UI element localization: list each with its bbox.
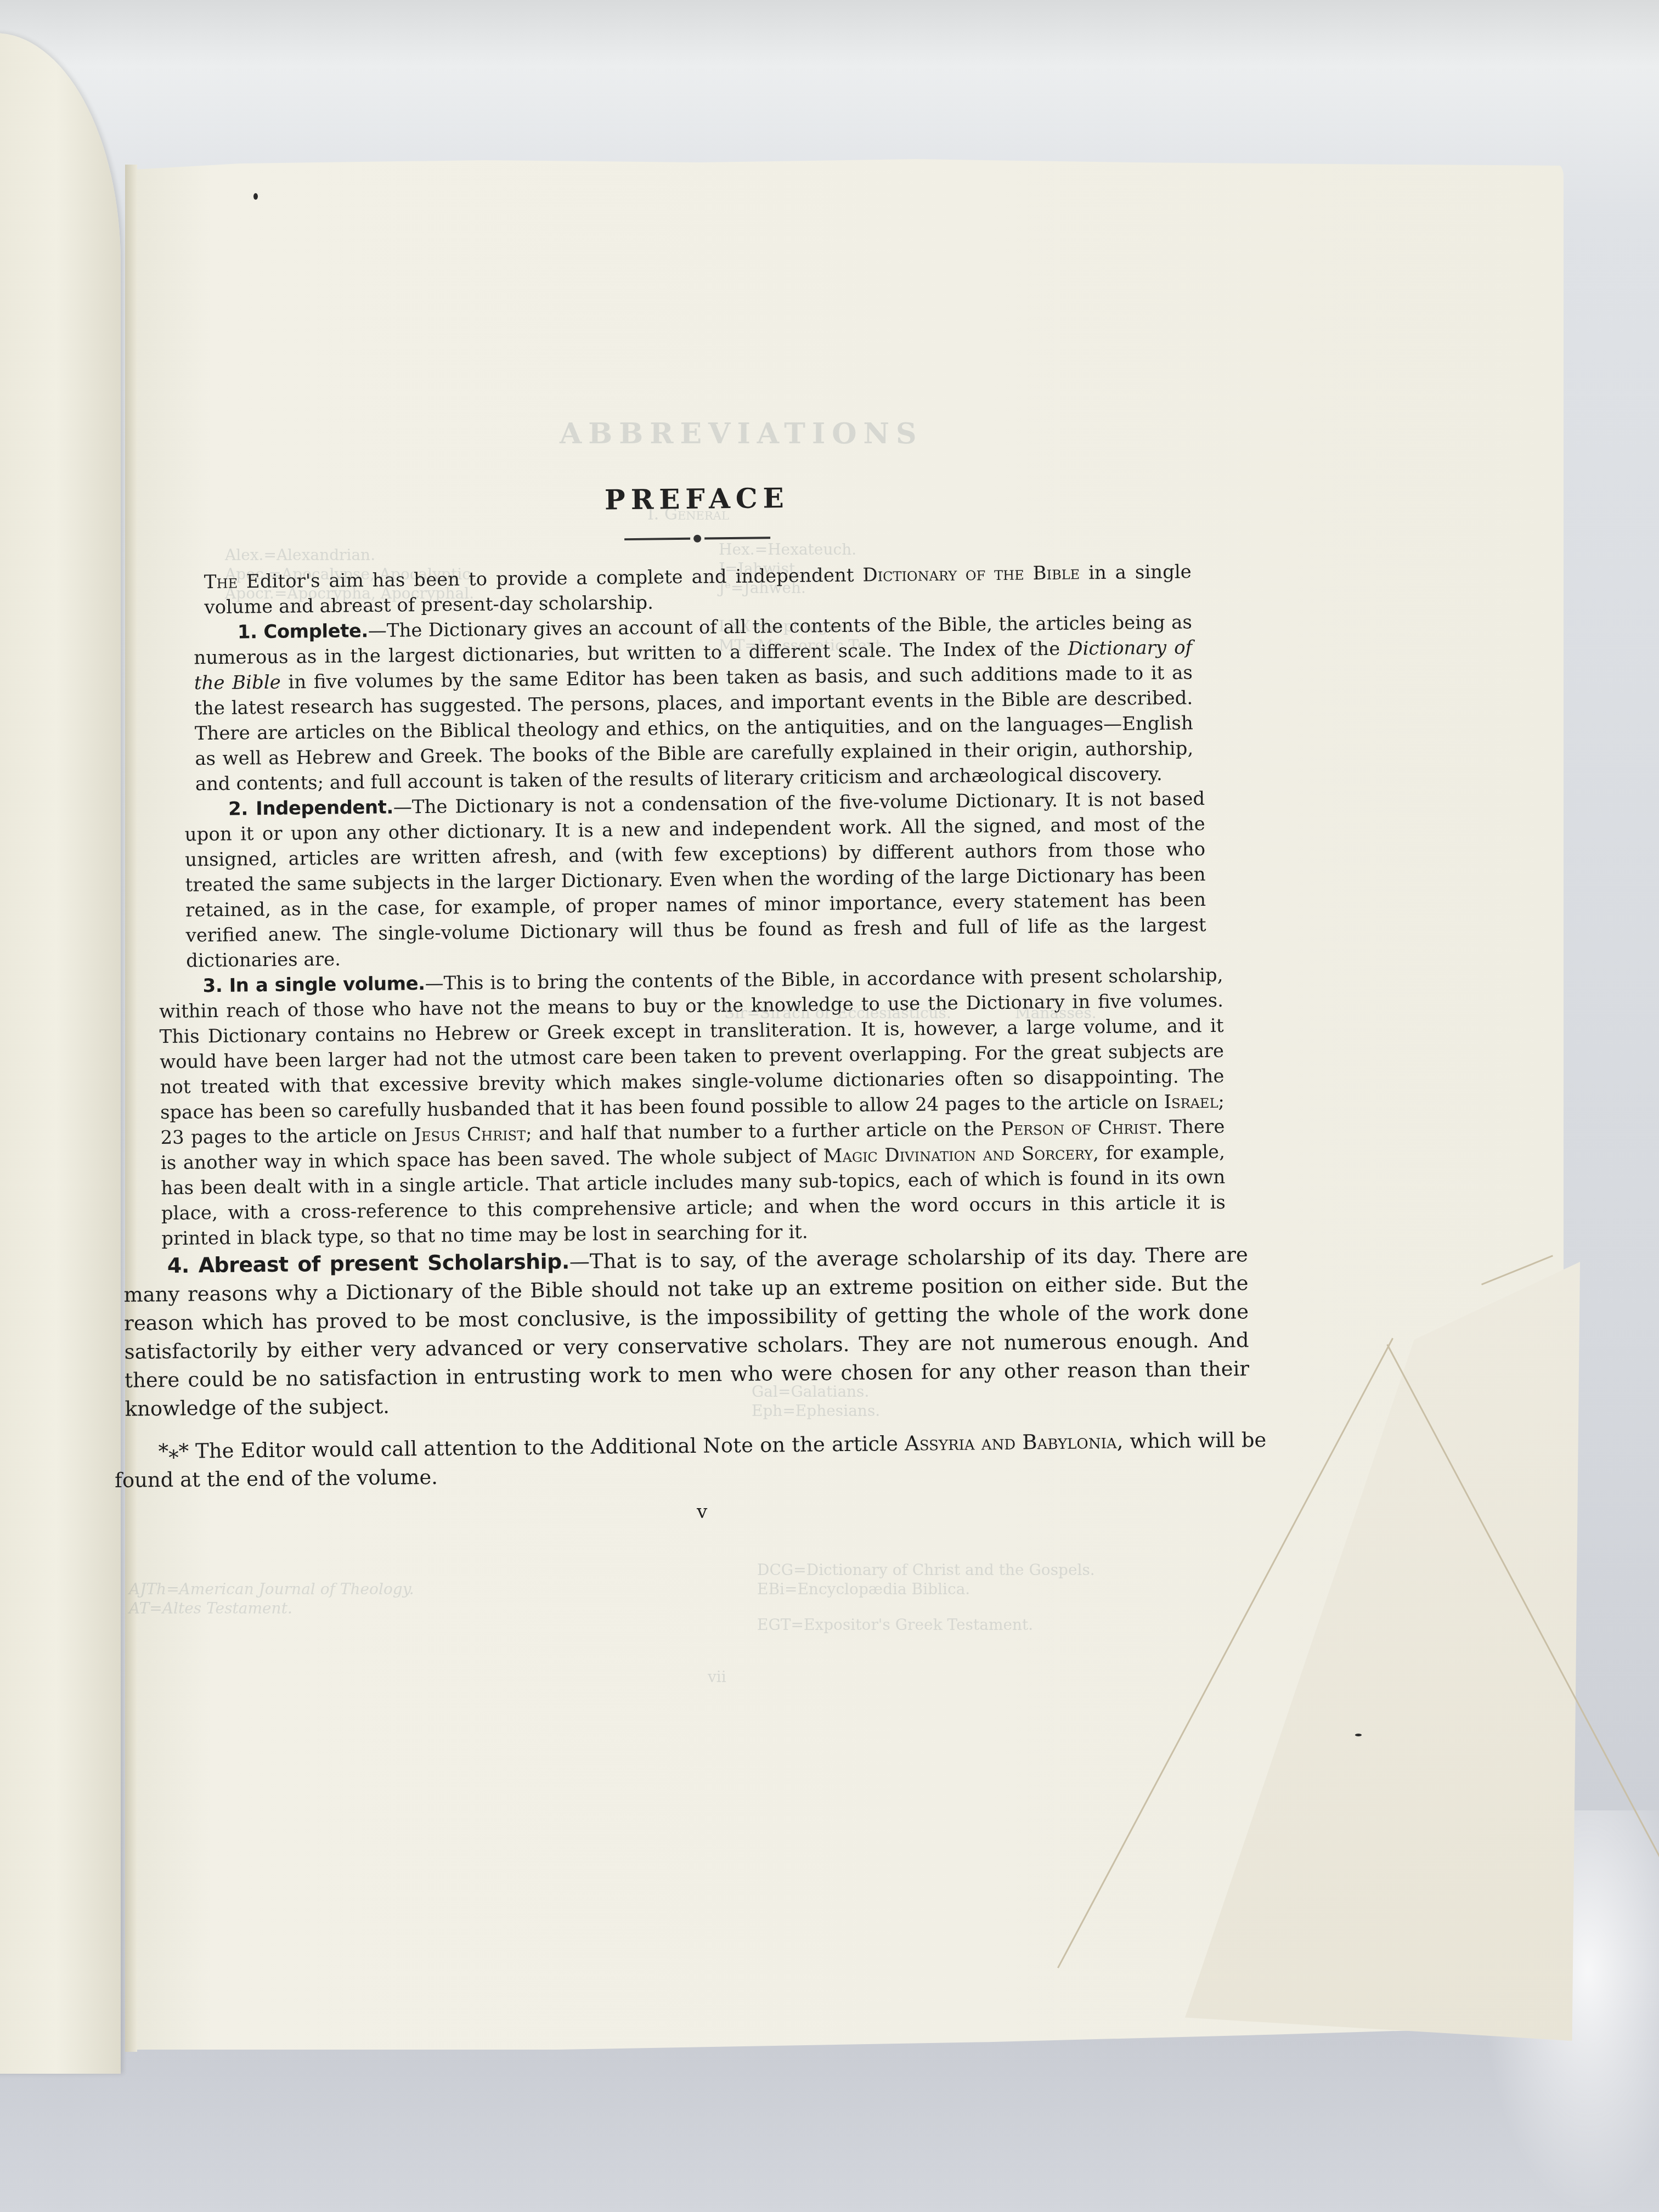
article-ref-person-of-christ: Person of Christ (1001, 1116, 1156, 1140)
ink-speck (253, 193, 258, 200)
section-independent: 2. Independent.—The Dictionary is not a … (108, 786, 1261, 974)
editor-note: *⁎* The Editor would call attention to t… (114, 1426, 1267, 1495)
ghost-entry: EBi=Encyclopædia Biblica. (757, 1580, 970, 1598)
intro-lead: The (204, 571, 238, 594)
ornament-rule-left (624, 538, 690, 540)
section-heading: 3. In a single volume. (202, 973, 425, 997)
ornament-dot-icon (693, 535, 701, 543)
article-ref-magic: Magic Divination and Sorcery (823, 1142, 1093, 1167)
section-heading: 4. Abreast of present Scholarship. (167, 1249, 569, 1278)
preface-content: PREFACE The Editor's aim has been to pro… (104, 477, 1267, 1529)
ghost-entry: AJTh=American Journal of Theology. (129, 1580, 414, 1598)
ink-speck (1355, 1734, 1362, 1736)
section-single-volume: 3. In a single volume.—This is to bring … (109, 962, 1264, 1252)
article-ref-israel: Israel (1164, 1091, 1218, 1113)
ghost-title: ABBREVIATIONS (560, 417, 923, 450)
section-heading: 1. Complete. (238, 620, 368, 643)
section-scholarship: 4. Abreast of present Scholarship.—That … (112, 1240, 1266, 1424)
section-text: in five volumes by the same Editor has b… (194, 662, 1193, 795)
ghost-folio: vii (708, 1668, 726, 1686)
previous-page-curl (0, 33, 121, 2074)
section-heading: 2. Independent. (228, 797, 393, 820)
ghost-entry: EGT=Expositor's Greek Testament. (757, 1616, 1033, 1634)
dictionary-title: Dictionary of the Bible (862, 562, 1080, 586)
section-complete: 1. Complete.—The Dictionary gives an acc… (106, 609, 1260, 798)
note-text: The Editor would call attention to the A… (189, 1432, 905, 1463)
ghost-entry: AT=Altes Testament. (129, 1599, 292, 1617)
intro-text: Editor's aim has been to provide a compl… (238, 565, 863, 593)
title-ornament (138, 529, 1257, 548)
ghost-entry: DCG=Dictionary of Christ and the Gospels… (757, 1561, 1095, 1579)
asterism-icon: *⁎* (158, 1440, 189, 1464)
ornament-rule-right (704, 537, 770, 539)
section-text: ; and half that number to a further arti… (526, 1118, 1001, 1145)
article-ref-jesus-christ: Jesus Christ (414, 1123, 526, 1146)
article-ref-assyria: Assyria and Babylonia (905, 1430, 1117, 1455)
